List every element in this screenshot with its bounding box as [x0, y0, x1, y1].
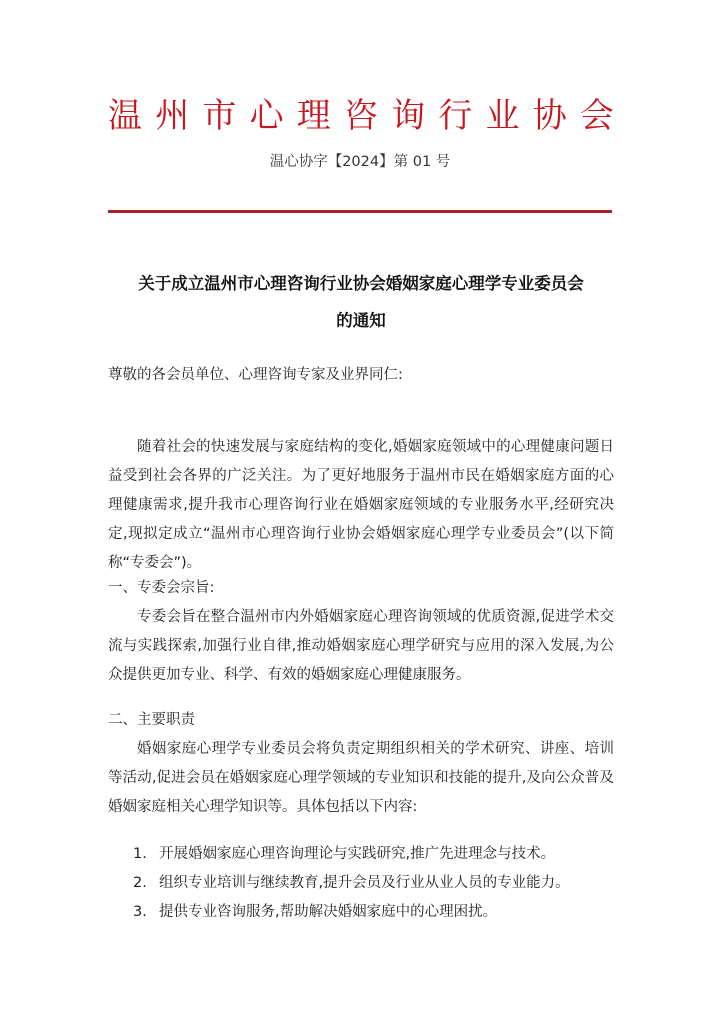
organization-title: 温 州 市 心 理 咨 询 行 业 协 会 — [108, 92, 614, 140]
list-number: 2. — [133, 869, 159, 898]
notice-title: 关于成立温州市心理咨询行业协会婚姻家庭心理学专业委员会 的通知 — [108, 265, 614, 339]
list-number: 1. — [133, 840, 159, 869]
salutation: 尊敬的各会员单位、心理咨询专家及业界同仁: — [108, 361, 614, 390]
section2-heading: 二、主要职责 — [108, 706, 614, 735]
duties-list: 1. 开展婚姻家庭心理咨询理论与实践研究,推广先进理念与技术。 2. 组织专业培… — [133, 840, 613, 927]
red-divider — [108, 210, 612, 213]
org-title-char: 业 — [486, 92, 520, 140]
org-title-char: 理 — [297, 92, 331, 140]
list-item: 3. 提供专业咨询服务,帮助解决婚姻家庭中的心理困扰。 — [133, 898, 613, 927]
org-title-char: 州 — [155, 92, 189, 140]
list-item: 1. 开展婚姻家庭心理咨询理论与实践研究,推广先进理念与技术。 — [133, 840, 613, 869]
list-text: 组织专业培训与继续教育,提升会员及行业从业人员的专业能力。 — [159, 869, 570, 898]
list-item: 2. 组织专业培训与继续教育,提升会员及行业从业人员的专业能力。 — [133, 869, 613, 898]
document-number: 温心协字【2024】第 01 号 — [0, 150, 720, 171]
notice-title-line1: 关于成立温州市心理咨询行业协会婚姻家庭心理学专业委员会 — [108, 265, 614, 302]
intro-paragraph: 随着社会的快速发展与家庭结构的变化,婚姻家庭领域中的心理健康问题日益受到社会各界… — [108, 433, 614, 578]
org-title-char: 市 — [202, 92, 236, 140]
org-title-char: 行 — [438, 92, 472, 140]
notice-title-line2: 的通知 — [108, 302, 614, 339]
org-title-char: 协 — [533, 92, 567, 140]
org-title-char: 心 — [250, 92, 284, 140]
section1-paragraph: 专委会旨在整合温州市内外婚姻家庭心理咨询领域的优质资源,促进学术交流与实践探索,… — [108, 603, 614, 690]
section2-paragraph: 婚姻家庭心理学专业委员会将负责定期组织相关的学术研究、讲座、培训等活动,促进会员… — [108, 735, 614, 822]
org-title-char: 会 — [580, 92, 614, 140]
section1-heading: 一、专委会宗旨: — [108, 574, 614, 603]
org-title-char: 咨 — [344, 92, 378, 140]
list-text: 提供专业咨询服务,帮助解决婚姻家庭中的心理困扰。 — [159, 898, 497, 927]
org-title-char: 询 — [391, 92, 425, 140]
list-number: 3. — [133, 898, 159, 927]
org-title-char: 温 — [108, 92, 142, 140]
list-text: 开展婚姻家庭心理咨询理论与实践研究,推广先进理念与技术。 — [159, 840, 555, 869]
